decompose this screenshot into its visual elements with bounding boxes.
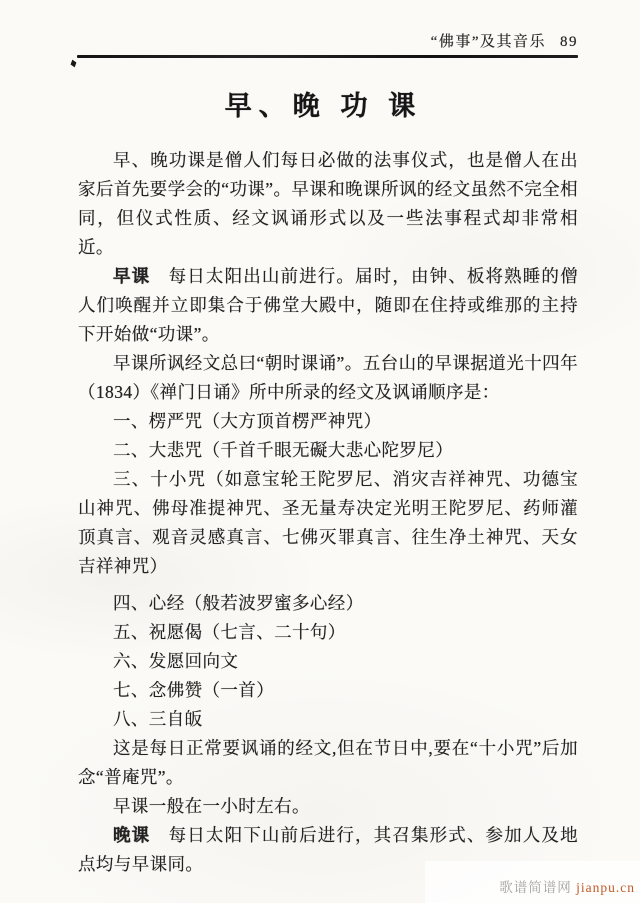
body-text: 早、晚功课是僧人们每日必做的法事仪式，也是僧人在出家后首先要学会的“功课”。早课… — [78, 146, 578, 879]
running-head: “佛事”及其音乐 89 — [78, 30, 578, 51]
header-rule — [77, 55, 578, 58]
watermark-site-url: jianpu.cn — [576, 880, 635, 895]
paragraph-duration-note: 早课一般在一小时左右。 — [78, 792, 578, 821]
page-number: 89 — [560, 34, 578, 51]
sutra-list-item-3: 三、十小咒（如意宝轮王陀罗尼、消灾吉祥神咒、功德宝山神咒、佛母准提神咒、圣无量寿… — [78, 465, 578, 581]
evening-session-lead: 晚课 — [113, 825, 150, 845]
paragraph-source-note: 早课所讽经文总曰“朝时课诵”。五台山的早课据道光十四年（1834）《禅门日诵》所… — [78, 349, 578, 407]
morning-session-text: 每日太阳出山前进行。届时，由钟、板将熟睡的僧人们唤醒并立即集合于佛堂大殿中，随即… — [78, 266, 578, 344]
paragraph-festival-note: 这是每日正常要讽诵的经文,但在节日中,要在“十小咒”后加念“普庵咒”。 — [78, 734, 578, 792]
running-title: “佛事”及其音乐 — [431, 30, 546, 51]
paragraph-morning-session: 早课每日太阳出山前进行。届时，由钟、板将熟睡的僧人们唤醒并立即集合于佛堂大殿中，… — [78, 262, 578, 349]
sutra-list-item-4: 四、心经（般若波罗蜜多心经） — [78, 589, 578, 618]
sutra-list-item-1: 一、楞严咒（大方顶首楞严神咒） — [78, 407, 578, 436]
sutra-list-item-2: 二、大悲咒（千首千眼无礙大悲心陀罗尼） — [78, 436, 578, 465]
book-page: “佛事”及其音乐 89 早、晚 功 课 早、晚功课是僧人们每日必做的法事仪式，也… — [0, 0, 640, 903]
watermark: 歌谱简谱网 jianpu.cn — [499, 876, 635, 896]
sutra-list-item-8: 八、三自皈 — [78, 705, 578, 734]
morning-session-lead: 早课 — [113, 266, 150, 286]
sutra-list-item-5: 五、祝愿偈（七言、二十句） — [78, 618, 578, 647]
sutra-list-item-6: 六、发愿回向文 — [78, 647, 578, 676]
ink-speck — [71, 60, 77, 68]
watermark-site-name: 歌谱简谱网 — [499, 880, 572, 895]
sutra-list-item-7: 七、念佛赞（一首） — [78, 676, 578, 705]
page-title: 早、晚 功 课 — [0, 84, 640, 123]
paragraph-intro: 早、晚功课是僧人们每日必做的法事仪式，也是僧人在出家后首先要学会的“功课”。早课… — [78, 146, 578, 262]
